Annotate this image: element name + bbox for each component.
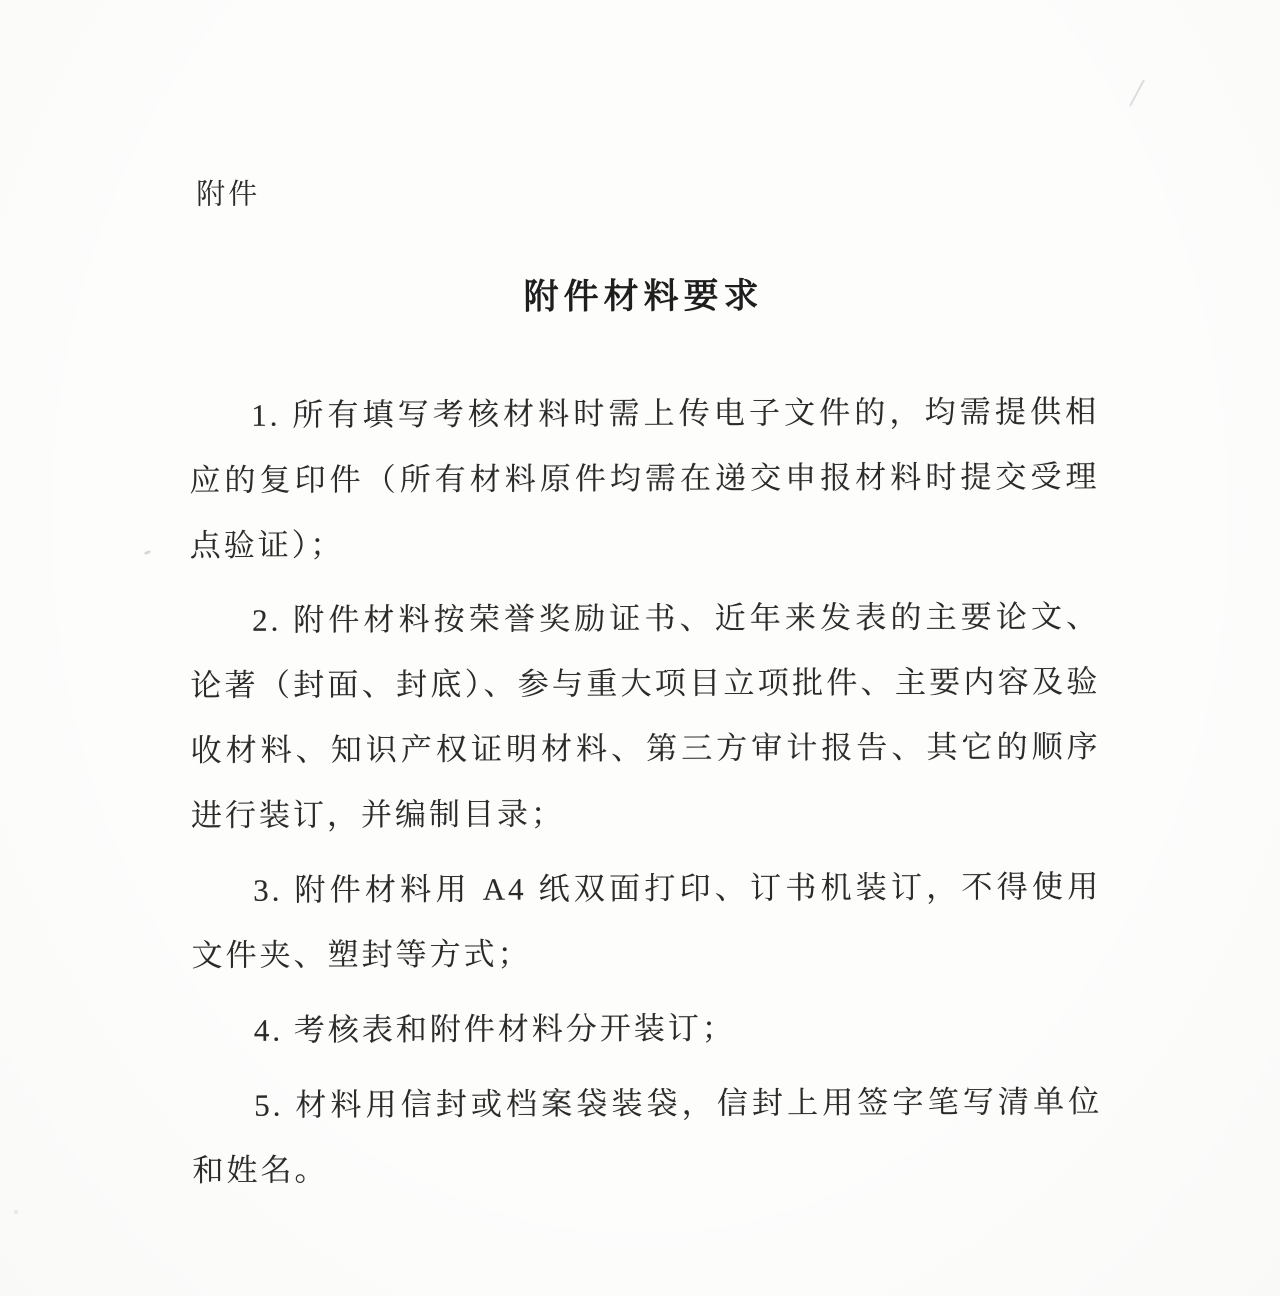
paragraph-1: 1. 所有填写考核材料时需上传电子文件的，均需提供相应的复印件（所有材料原件均需…: [189, 379, 1100, 578]
document-content: 附件 附件材料要求 1. 所有填写考核材料时需上传电子文件的，均需提供相应的复印…: [0, 0, 1280, 1214]
attachment-label: 附件: [196, 168, 1098, 213]
scanned-document-page: 附件 附件材料要求 1. 所有填写考核材料时需上传电子文件的，均需提供相应的复印…: [0, 0, 1280, 1296]
paragraph-4: 4. 考核表和附件材料分开装订；: [192, 994, 1102, 1063]
paragraph-5: 5. 材料用信封或档案袋装袋，信封上用签字笔写清单位和姓名。: [192, 1069, 1103, 1203]
document-title: 附件材料要求: [189, 267, 1099, 321]
paragraph-2: 2. 附件材料按荣誉奖励证书、近年来发表的主要论文、论著（封面、封底）、参与重大…: [190, 584, 1101, 848]
paragraph-3: 3. 附件材料用 A4 纸双面打印、订书机装订，不得使用文件夹、塑封等方式；: [191, 854, 1102, 988]
